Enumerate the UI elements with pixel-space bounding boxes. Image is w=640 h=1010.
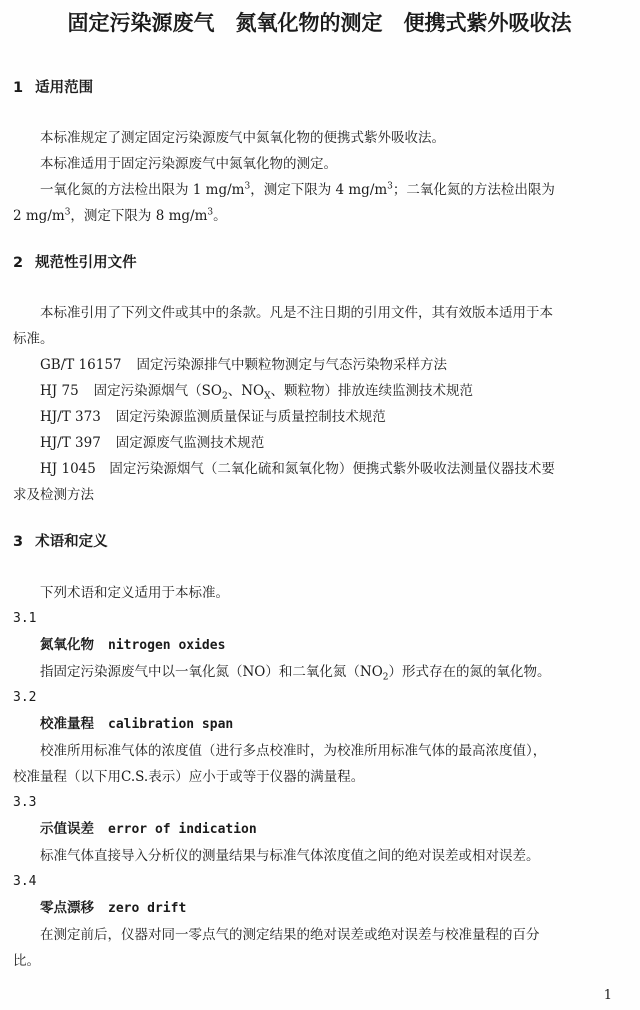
term-definition-line: 指固定污染源废气中以一氧化氮（NO）和二氧化氮（NO2）形式存在的氮的氧化物。	[13, 659, 626, 685]
term-name-english: nitrogen oxides	[108, 638, 225, 653]
term-number: 3.1	[13, 606, 626, 632]
term-definition-line: 在测定前后，仪器对同一零点气的测定结果的绝对误差或绝对误差与校准量程的百分	[13, 922, 626, 948]
term-number: 3.2	[13, 685, 626, 711]
scope-paragraph-3-line-1: 一氧化氮的方法检出限为 1 mg/m3，测定下限为 4 mg/m3；二氧化氮的方…	[13, 177, 626, 203]
section-2-title: 规范性引用文件	[35, 255, 137, 271]
reference-item: HJ/T 397固定源废气监测技术规范	[13, 430, 626, 456]
term-name-chinese: 示值误差	[40, 821, 94, 837]
reference-title: 固定污染源监测质量保证与质量控制技术规范	[116, 409, 386, 425]
term-definition-line: 校准所用标准气体的浓度值（进行多点校准时，为校准所用标准气体的最高浓度值），	[13, 738, 626, 764]
reference-title: 固定源废气监测技术规范	[116, 435, 265, 451]
term-name-chinese: 氮氧化物	[40, 637, 94, 653]
reference-item: GB/T 16157固定污染源排气中颗粒物测定与气态污染物采样方法	[13, 352, 626, 378]
document-title: 固定污染源废气 氮氧化物的测定 便携式紫外吸收法	[13, 8, 626, 38]
term-name-chinese: 校准量程	[40, 716, 94, 732]
reference-title: 固定污染源排气中颗粒物测定与气态污染物采样方法	[137, 357, 448, 373]
section-1-title: 适用范围	[35, 80, 93, 96]
reference-title: 固定污染源烟气（SO2、NOX、颗粒物）排放连续监测技术规范	[94, 383, 473, 399]
term-name-chinese: 零点漂移	[40, 900, 94, 916]
reference-code: GB/T 16157	[40, 357, 122, 373]
term-number: 3.3	[13, 790, 626, 816]
reference-item-line-2: 求及检测方法	[13, 482, 626, 508]
term-definition-line: 校准量程（以下用C.S.表示）应小于或等于仪器的满量程。	[13, 764, 626, 790]
scope-paragraph-1: 本标准规定了测定固定污染源废气中氮氧化物的便携式紫外吸收法。	[13, 125, 626, 151]
reference-code: HJ 75	[40, 383, 79, 399]
scope-paragraph-3-line-2: 2 mg/m3，测定下限为 8 mg/m3。	[13, 203, 626, 229]
reference-item-line-1: HJ 1045 固定污染源烟气（二氧化硫和氮氧化物）便携式紫外吸收法测量仪器技术…	[13, 456, 626, 482]
terms-intro: 下列术语和定义适用于本标准。	[13, 580, 626, 606]
reference-item: HJ/T 373固定污染源监测质量保证与质量控制技术规范	[13, 404, 626, 430]
section-3-title: 术语和定义	[35, 534, 108, 550]
term-name-english: zero drift	[108, 901, 186, 916]
section-1-heading: 1适用范围	[13, 78, 626, 98]
references-intro-line-1: 本标准引用了下列文件或其中的条款。凡是不注日期的引用文件，其有效版本适用于本	[13, 300, 626, 326]
section-2-heading: 2规范性引用文件	[13, 253, 626, 273]
page-number: 1	[604, 988, 612, 1004]
term-name-english: error of indication	[108, 822, 257, 837]
section-1-number: 1	[13, 80, 23, 96]
scope-paragraph-2: 本标准适用于固定污染源废气中氮氧化物的测定。	[13, 151, 626, 177]
term-heading: 零点漂移zero drift	[13, 895, 626, 922]
term-heading: 校准量程calibration span	[13, 711, 626, 738]
references-intro-line-2: 标准。	[13, 326, 626, 352]
standard-document-page: 固定污染源废气 氮氧化物的测定 便携式紫外吸收法 1适用范围 本标准规定了测定固…	[0, 0, 640, 1010]
section-3-number: 3	[13, 534, 23, 550]
term-definition-line: 标准气体直接导入分析仪的测量结果与标准气体浓度值之间的绝对误差或相对误差。	[13, 843, 626, 869]
term-number: 3.4	[13, 869, 626, 895]
term-heading: 氮氧化物nitrogen oxides	[13, 632, 626, 659]
reference-code: HJ/T 373	[40, 409, 101, 425]
reference-code: HJ/T 397	[40, 435, 101, 451]
term-definition-line: 比。	[13, 948, 626, 974]
term-name-english: calibration span	[108, 717, 233, 732]
section-3-heading: 3术语和定义	[13, 532, 626, 552]
section-2-number: 2	[13, 255, 23, 271]
reference-item: HJ 75固定污染源烟气（SO2、NOX、颗粒物）排放连续监测技术规范	[13, 378, 626, 404]
term-heading: 示值误差error of indication	[13, 816, 626, 843]
